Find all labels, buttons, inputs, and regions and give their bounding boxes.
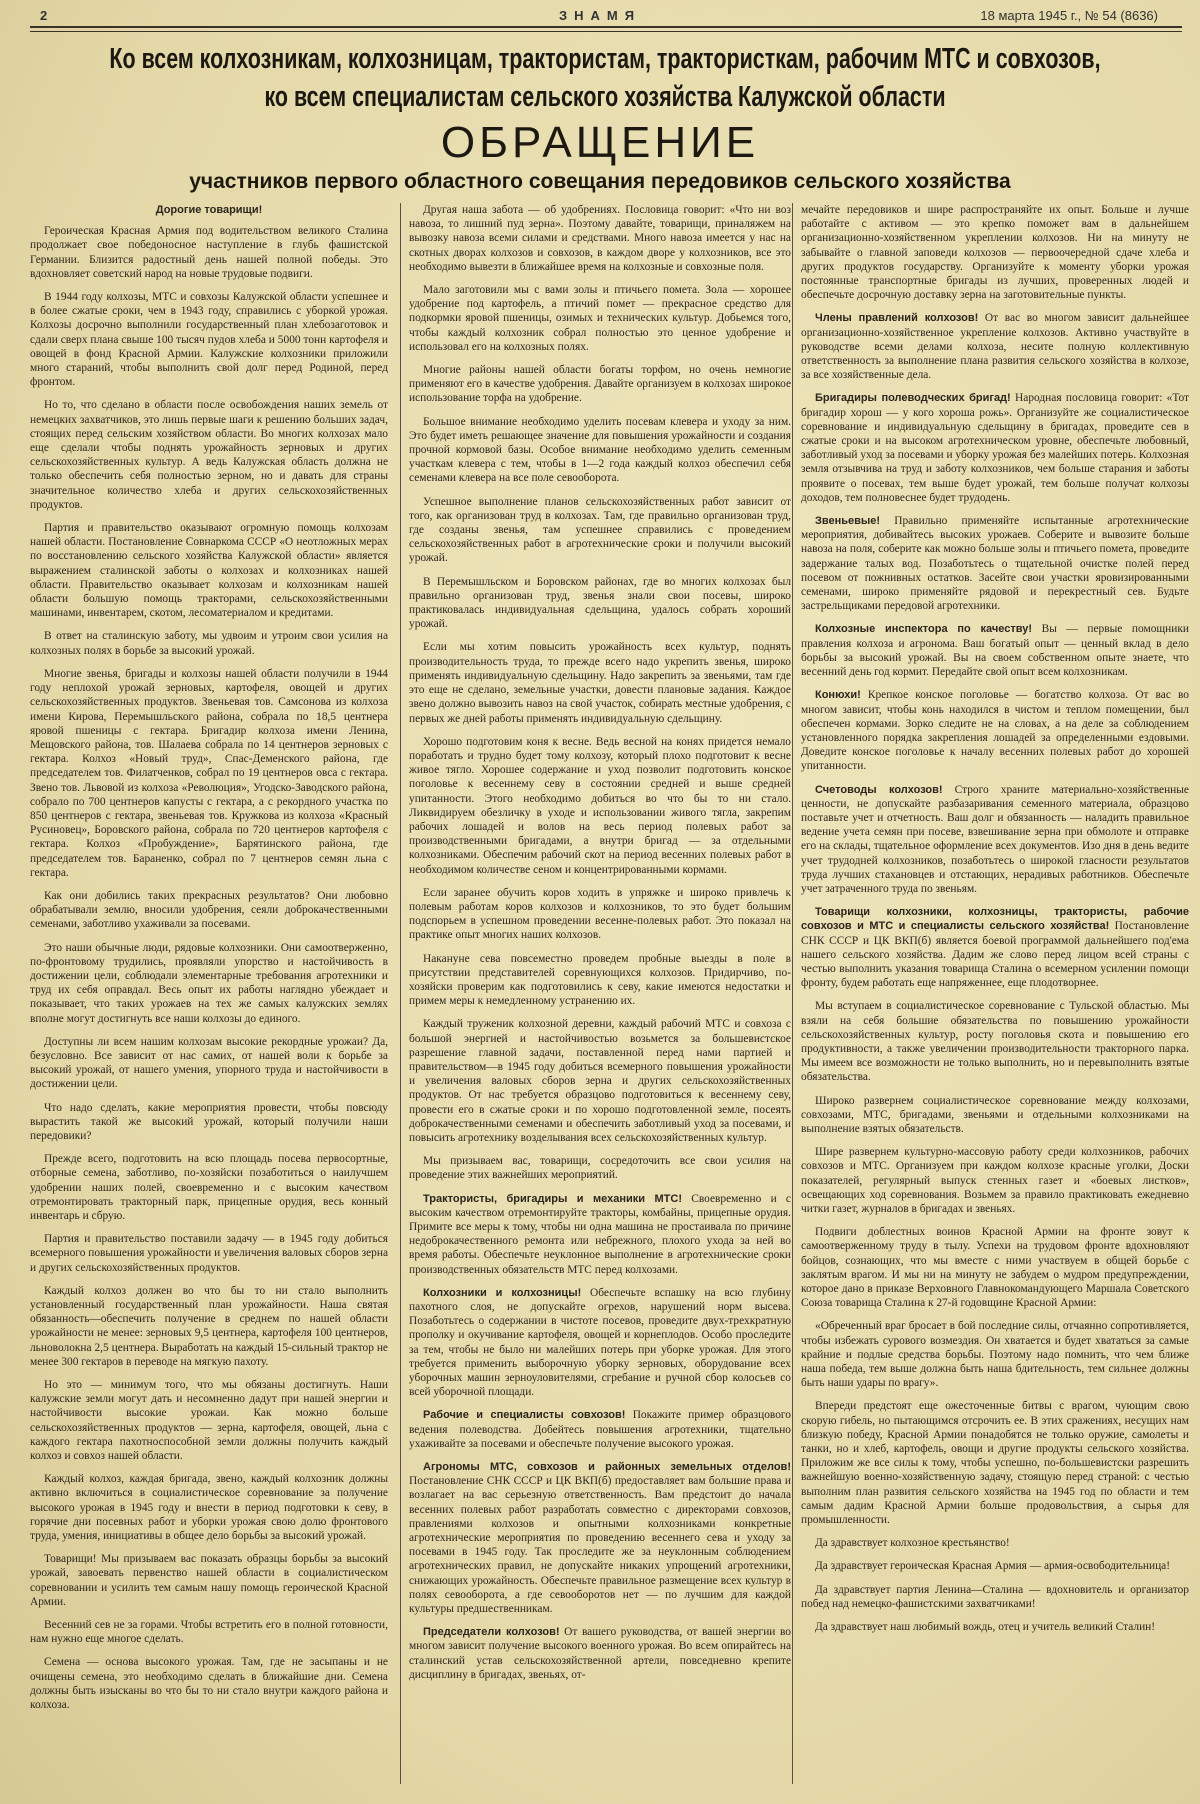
appeal-text: Постановление СНК СССР и ЦК ВКП(б) предо… bbox=[409, 1475, 791, 1615]
appeal-paragraph: Рабочие и специалисты совхозов! Покажите… bbox=[409, 1408, 791, 1451]
appeal-lead: Члены правлений колхозов! bbox=[815, 312, 978, 324]
appeal-paragraph: Агрономы МТС, совхозов и районных земель… bbox=[409, 1460, 791, 1616]
appeal-paragraph: Трактористы, бригадиры и механики МТС! С… bbox=[409, 1192, 791, 1277]
article-title: ОБРАЩЕНИЕ bbox=[0, 118, 1200, 168]
greeting: Дорогие товарищи! bbox=[30, 203, 388, 217]
paragraph: Весенний сев не за горами. Чтобы встрети… bbox=[30, 1618, 388, 1646]
header-rule-thin bbox=[30, 31, 1182, 32]
appeal-lead: Колхозники и колхозницы! bbox=[423, 1287, 581, 1299]
paragraph: Многие звенья, бригады и колхозы нашей о… bbox=[30, 667, 388, 880]
paragraph: Другая наша забота — об удобрениях. Посл… bbox=[409, 203, 791, 274]
continuation-paragraph: мечайте передовиков и шире распространяй… bbox=[801, 203, 1189, 302]
appeal-lead: Трактористы, бригадиры и механики МТС! bbox=[423, 1193, 682, 1205]
paragraph: Семена — основа высокого урожая. Там, гд… bbox=[30, 1655, 388, 1712]
paragraph: Широко развернем социалистическое соревн… bbox=[801, 1094, 1189, 1137]
paragraph: Впереди предстоят еще ожесточенные битвы… bbox=[801, 1399, 1189, 1527]
paragraph: Успешное выполнение планов сельскохозяйс… bbox=[409, 495, 791, 566]
paragraph: Это наши обычные люди, рядовые колхозник… bbox=[30, 941, 388, 1026]
appeal-paragraph: Члены правлений колхозов! От вас во мног… bbox=[801, 311, 1189, 382]
appeal-lead: Счетоводы колхозов! bbox=[815, 784, 943, 796]
appeal-lead: Конюхи! bbox=[815, 689, 861, 701]
appeal-lead: Звеньевые! bbox=[815, 515, 880, 527]
appeal-text: Правильно применяйте испытанные агротехн… bbox=[801, 515, 1189, 612]
column-3-paragraphs: Мы вступаем в социалистическое соревнова… bbox=[801, 999, 1189, 1527]
paragraph: Мало заготовили мы с вами золы и птичьег… bbox=[409, 283, 791, 354]
appeal-lead: Рабочие и специалисты совхозов! bbox=[423, 1409, 625, 1421]
addressee-line-2: ко всем специалистам сельского хозяйства… bbox=[28, 78, 1182, 116]
paragraph: В ответ на сталинскую заботу, мы удвоим … bbox=[30, 629, 388, 657]
column-2-paragraphs: Другая наша забота — об удобрениях. Посл… bbox=[409, 203, 791, 1183]
paragraph: Мы вступаем в социалистическое соревнова… bbox=[801, 999, 1189, 1084]
paragraph: Партия и правительство поставили задачу … bbox=[30, 1232, 388, 1275]
appeal-lead: Бригадиры полеводческих бригад! bbox=[815, 392, 1011, 404]
header-rule bbox=[30, 26, 1182, 28]
paragraph: Если заранее обучить коров ходить в упря… bbox=[409, 886, 791, 943]
appeal-paragraph: Счетоводы колхозов! Строго храните матер… bbox=[801, 783, 1189, 897]
paragraph: Многие районы нашей области богаты торфо… bbox=[409, 363, 791, 406]
paragraph: Товарищи! Мы призываем вас показать обра… bbox=[30, 1552, 388, 1609]
paragraph: Что надо сделать, какие мероприятия пров… bbox=[30, 1101, 388, 1144]
appeal-paragraph: Председатели колхозов! От вашего руковод… bbox=[409, 1625, 791, 1682]
appeal-text: Крепкое конское поголовье — богатство ко… bbox=[801, 689, 1189, 772]
paragraph: В 1944 году колхозы, МТС и совхозы Калуж… bbox=[30, 290, 388, 389]
paragraph: Накануне сева повсеместно проведем пробн… bbox=[409, 952, 791, 1009]
slogan: Да здравствует партия Ленина—Сталина — в… bbox=[801, 1583, 1189, 1611]
appeal-lead: Агрономы МТС, совхозов и районных земель… bbox=[423, 1461, 791, 1473]
appeal-text: Обеспечьте вспашку на всю глубину пахотн… bbox=[409, 1287, 791, 1398]
appeal-lead: Председатели колхозов! bbox=[423, 1626, 560, 1638]
column-3: мечайте передовиков и шире распространяй… bbox=[792, 203, 1189, 1784]
column-2: Другая наша забота — об удобрениях. Посл… bbox=[400, 203, 791, 1784]
paragraph: Подвиги доблестных воинов Красной Армии … bbox=[801, 1225, 1189, 1310]
paragraph: Но то, что сделано в области после освоб… bbox=[30, 398, 388, 512]
column-3-appeals: Члены правлений колхозов! От вас во мног… bbox=[801, 311, 1189, 990]
paragraph: Прежде всего, подготовить на всю площадь… bbox=[30, 1152, 388, 1223]
column-3-slogans: Да здравствует колхозное крестьянство!Да… bbox=[801, 1536, 1189, 1634]
slogan: Да здравствует героическая Красная Армия… bbox=[801, 1559, 1189, 1573]
slogan: Да здравствует колхозное крестьянство! bbox=[801, 1536, 1189, 1550]
column-2-appeals: Трактористы, бригадиры и механики МТС! С… bbox=[409, 1192, 791, 1683]
appeal-text: Народная пословица говорит: «Тот бригади… bbox=[801, 392, 1189, 503]
paragraph: Большое внимание необходимо уделить посе… bbox=[409, 415, 791, 486]
paragraph: Каждый труженик колхозной деревни, кажды… bbox=[409, 1017, 791, 1145]
article-subtitle: участников первого областного совещания … bbox=[0, 170, 1200, 194]
appeal-text: Своевременно и с высоким качеством отрем… bbox=[409, 1193, 791, 1276]
appeal-paragraph: Конюхи! Крепкое конское поголовье — бога… bbox=[801, 688, 1189, 773]
appeal-paragraph: Товарищи колхозники, колхозницы, трактор… bbox=[801, 905, 1189, 990]
paragraph: Хорошо подготовим коня к весне. Ведь вес… bbox=[409, 735, 791, 877]
paragraph: Героическая Красная Армия под водительст… bbox=[30, 224, 388, 281]
paragraph: Каждый колхоз, каждая бригада, звено, ка… bbox=[30, 1472, 388, 1543]
paragraph: Шире развернем культурно-массовую работу… bbox=[801, 1145, 1189, 1216]
paragraph: Партия и правительство оказывают огромну… bbox=[30, 521, 388, 620]
paragraph: Мы призываем вас, товарищи, сосредоточит… bbox=[409, 1154, 791, 1182]
slogan: Да здравствует наш любимый вождь, отец и… bbox=[801, 1620, 1189, 1634]
paragraph: Но это — минимум того, что мы обязаны до… bbox=[30, 1378, 388, 1463]
addressee-headline: Ко всем колхозникам, колхозницам, тракто… bbox=[28, 40, 1182, 116]
appeal-paragraph: Бригадиры полеводческих бригад! Народная… bbox=[801, 391, 1189, 505]
appeal-paragraph: Звеньевые! Правильно применяйте испытанн… bbox=[801, 514, 1189, 613]
paragraph: В Перемышльском и Боровском районах, где… bbox=[409, 575, 791, 632]
paragraph: Каждый колхоз должен во что бы то ни ста… bbox=[30, 1284, 388, 1369]
appeal-text: Строго храните материально-хозяйственные… bbox=[801, 784, 1189, 895]
appeal-paragraph: Колхозные инспектора по качеству! Вы — п… bbox=[801, 622, 1189, 679]
paragraph: «Обреченный враг бросает в бой последние… bbox=[801, 1319, 1189, 1390]
column-1-paragraphs: Героическая Красная Армия под водительст… bbox=[30, 224, 388, 1712]
appeal-lead: Колхозные инспектора по качеству! bbox=[815, 623, 1032, 635]
paragraph: Доступны ли всем нашим колхозам высокие … bbox=[30, 1035, 388, 1092]
column-1: Дорогие товарищи! Героическая Красная Ар… bbox=[30, 203, 388, 1784]
appeal-paragraph: Колхозники и колхозницы! Обеспечьте вспа… bbox=[409, 1286, 791, 1400]
issue-info: 18 марта 1945 г., № 54 (8636) bbox=[980, 8, 1158, 23]
paragraph: Как они добились таких прекрасных резуль… bbox=[30, 889, 388, 932]
paragraph: Если мы хотим повысить урожайность всех … bbox=[409, 640, 791, 725]
addressee-line-1: Ко всем колхозникам, колхозницам, тракто… bbox=[28, 40, 1182, 78]
